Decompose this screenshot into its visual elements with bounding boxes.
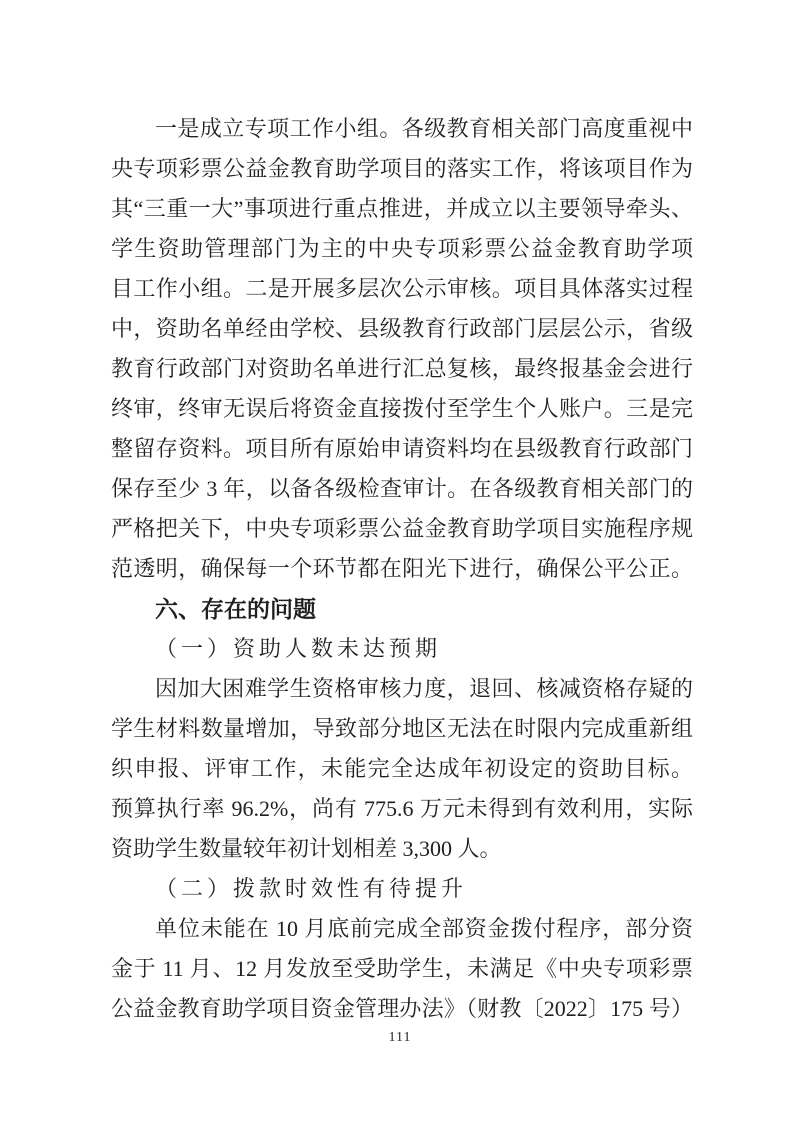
body-line: 金于 11 月、12 月发放至受助学生，未满足《中央专项彩票 [111,949,693,989]
body-line: 目工作小组。二是开展多层次公示审核。项目具体落实过程 [111,269,693,309]
body-line: 预算执行率 96.2%，尚有 775.6 万元未得到有效利用，实际 [111,789,693,829]
subsection-heading: （一）资助人数未达预期 [111,629,693,669]
body-line: 资助学生数量较年初计划相差 3,300 人。 [111,829,693,869]
body-line: 终审，终审无误后将资金直接拨付至学生个人账户。三是完 [111,389,693,429]
body-line: 一是成立专项工作小组。各级教育相关部门高度重视中 [111,109,693,149]
body-line: 其“三重一大”事项进行重点推进，并成立以主要领导牵头、 [111,189,693,229]
body-line: 学生材料数量增加，导致部分地区无法在时限内完成重新组 [111,709,693,749]
subsection-heading: （二）拨款时效性有待提升 [111,869,693,909]
body-line: 因加大困难学生资格审核力度，退回、核减资格存疑的 [111,669,693,709]
body-line: 严格把关下，中央专项彩票公益金教育助学项目实施程序规 [111,509,693,549]
body-line: 中，资助名单经由学校、县级教育行政部门层层公示，省级 [111,309,693,349]
body-line: 整留存资料。项目所有原始申请资料均在县级教育行政部门 [111,429,693,469]
body-line: 央专项彩票公益金教育助学项目的落实工作，将该项目作为 [111,149,693,189]
body-line: 织申报、评审工作，未能完全达成年初设定的资助目标。2024 [111,749,693,789]
document-page: 一是成立专项工作小组。各级教育相关部门高度重视中 央专项彩票公益金教育助学项目的… [0,0,800,1131]
body-line: 学生资助管理部门为主的中央专项彩票公益金教育助学项 [111,229,693,269]
body-line: 教育行政部门对资助名单进行汇总复核，最终报基金会进行 [111,349,693,389]
section-heading: 六、存在的问题 [111,589,693,629]
body-line: 单位未能在 10 月底前完成全部资金拨付程序，部分资 [111,909,693,949]
body-line: 范透明，确保每一个环节都在阳光下进行，确保公平公正。 [111,549,693,589]
text-block: 一是成立专项工作小组。各级教育相关部门高度重视中 央专项彩票公益金教育助学项目的… [111,109,693,1029]
body-line: 公益金教育助学项目资金管理办法》（财教〔2022〕175 号） [111,989,693,1029]
page-number: 111 [0,1028,800,1048]
body-line: 保存至少 3 年，以备各级检查审计。在各级教育相关部门的 [111,469,693,509]
